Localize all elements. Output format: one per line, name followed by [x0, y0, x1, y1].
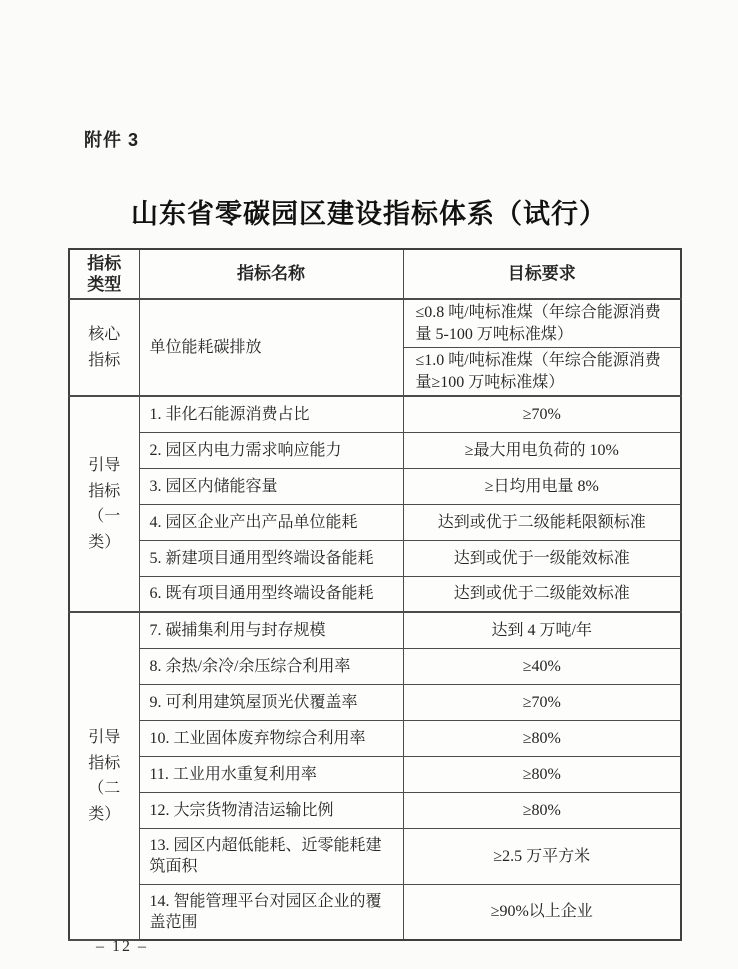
category-cell-guide2: 引导指标（二类） [69, 612, 139, 940]
target-cell: ≥最大用电负荷的 10% [403, 432, 681, 468]
target-cell: ≥70% [403, 396, 681, 432]
document-page: { "page": { "attachment_label": "附件 3", … [0, 0, 738, 969]
table-row-7: 引导指标（二类） 7. 碳捕集利用与封存规模 达到 4 万吨/年 [69, 612, 681, 648]
target-cell: ≥90%以上企业 [403, 884, 681, 940]
table-row-12: 12. 大宗货物清洁运输比例 ≥80% [69, 792, 681, 828]
indicator-name-cell: 1. 非化石能源消费占比 [139, 396, 403, 432]
page-title: 山东省零碳园区建设指标体系（试行） [0, 192, 738, 231]
table-row-11: 11. 工业用水重复利用率 ≥80% [69, 756, 681, 792]
table-row-5: 5. 新建项目通用型终端设备能耗 达到或优于一级能效标准 [69, 540, 681, 576]
table-row-13: 13. 园区内超低能耗、近零能耗建筑面积 ≥2.5 万平方米 [69, 828, 681, 884]
indicator-name-cell: 4. 园区企业产出产品单位能耗 [139, 504, 403, 540]
indicator-name-cell: 3. 园区内储能容量 [139, 468, 403, 504]
indicator-name-cell: 12. 大宗货物清洁运输比例 [139, 792, 403, 828]
target-cell: ≥日均用电量 8% [403, 468, 681, 504]
target-cell: ≤0.8 吨/吨标准煤（年综合能源消费量 5-100 万吨标准煤） [403, 299, 681, 348]
indicator-name-cell: 9. 可利用建筑屋顶光伏覆盖率 [139, 684, 403, 720]
header-target-requirement: 目标要求 [403, 249, 681, 299]
target-cell: ≥40% [403, 648, 681, 684]
indicator-name-cell: 2. 园区内电力需求响应能力 [139, 432, 403, 468]
indicator-name-cell: 14. 智能管理平台对园区企业的覆盖范围 [139, 884, 403, 940]
attachment-label: 附件 3 [84, 126, 139, 152]
table-row-1: 引导指标（一类） 1. 非化石能源消费占比 ≥70% [69, 396, 681, 432]
table-header-row: 指标 类型 指标名称 目标要求 [69, 249, 681, 299]
category-cell-guide1: 引导指标（一类） [69, 396, 139, 612]
table-row-8: 8. 余热/余冷/余压综合利用率 ≥40% [69, 648, 681, 684]
target-cell: ≤1.0 吨/吨标准煤（年综合能源消费量≥100 万吨标准煤） [403, 348, 681, 397]
indicator-name-cell: 10. 工业固体废弃物综合利用率 [139, 720, 403, 756]
target-cell: 达到 4 万吨/年 [403, 612, 681, 648]
target-cell: ≥70% [403, 684, 681, 720]
table-row-10: 10. 工业固体废弃物综合利用率 ≥80% [69, 720, 681, 756]
header-indicator-type: 指标 类型 [69, 249, 139, 299]
indicator-name-cell: 13. 园区内超低能耗、近零能耗建筑面积 [139, 828, 403, 884]
indicator-name-cell: 7. 碳捕集利用与封存规模 [139, 612, 403, 648]
category-cell-core: 核心指标 [69, 299, 139, 396]
target-cell: ≥80% [403, 720, 681, 756]
page-number: – 12 – [96, 938, 148, 956]
indicator-name-cell: 单位能耗碳排放 [139, 299, 403, 396]
target-cell: 达到或优于二级能耗限额标准 [403, 504, 681, 540]
table-row-14: 14. 智能管理平台对园区企业的覆盖范围 ≥90%以上企业 [69, 884, 681, 940]
target-cell: ≥80% [403, 792, 681, 828]
table-row-6: 6. 既有项目通用型终端设备能耗 达到或优于二级能效标准 [69, 576, 681, 612]
indicator-name-cell: 11. 工业用水重复利用率 [139, 756, 403, 792]
table-row-3: 3. 园区内储能容量 ≥日均用电量 8% [69, 468, 681, 504]
target-cell: ≥80% [403, 756, 681, 792]
indicator-name-cell: 8. 余热/余冷/余压综合利用率 [139, 648, 403, 684]
table-row-2: 2. 园区内电力需求响应能力 ≥最大用电负荷的 10% [69, 432, 681, 468]
table-row-9: 9. 可利用建筑屋顶光伏覆盖率 ≥70% [69, 684, 681, 720]
table-row-4: 4. 园区企业产出产品单位能耗 达到或优于二级能耗限额标准 [69, 504, 681, 540]
target-cell: ≥2.5 万平方米 [403, 828, 681, 884]
table-row-core-1: 核心指标 单位能耗碳排放 ≤0.8 吨/吨标准煤（年综合能源消费量 5-100 … [69, 299, 681, 348]
indicator-name-cell: 6. 既有项目通用型终端设备能耗 [139, 576, 403, 612]
target-cell: 达到或优于一级能效标准 [403, 540, 681, 576]
header-indicator-name: 指标名称 [139, 249, 403, 299]
target-cell: 达到或优于二级能效标准 [403, 576, 681, 612]
indicator-table: 指标 类型 指标名称 目标要求 核心指标 单位能耗碳排放 ≤0.8 吨/吨标准煤… [68, 248, 682, 941]
indicator-name-cell: 5. 新建项目通用型终端设备能耗 [139, 540, 403, 576]
